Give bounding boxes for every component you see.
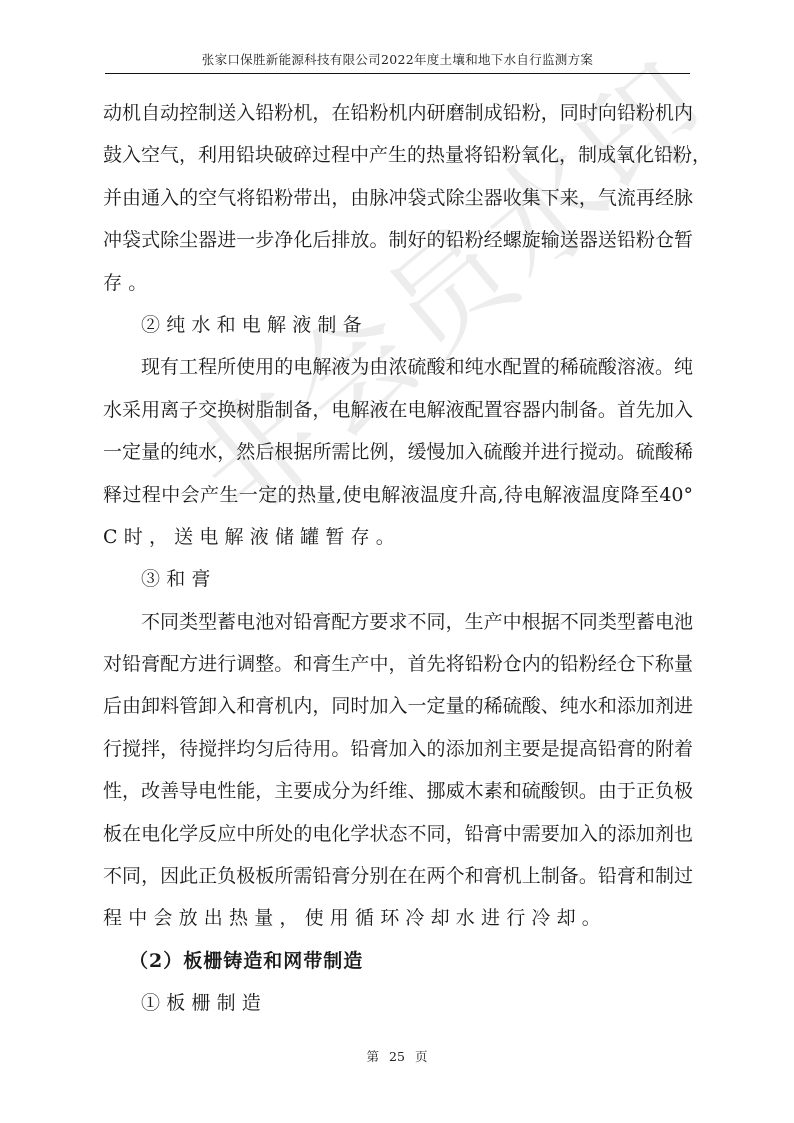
paragraph-lead-powder: 动机自动控制送入铅粉机，在铅粉机内研磨制成铅粉，同时向铅粉机内 鼓入空气，利用铅… [103,92,693,304]
text-line: 鼓入空气，利用铅块破碎过程中产生的热量将铅粉氧化，制成氧化铅粉， [103,134,693,176]
paragraph-paste-mixing: 不同类型蓄电池对铅膏配方要求不同，生产中根据不同类型蓄电池 对铅膏配方进行调整。… [103,601,693,940]
text-line: 不同，因此正负极板所需铅膏分别在在两个和膏机上制备。铅膏和制过 [103,855,693,897]
text-line: 水采用离子交换树脂制备，电解液在电解液配置容器内制备。首先加入 [103,389,693,431]
section-heading-grid-casting: （2）板栅铸造和网带制造 [103,940,693,982]
running-header: 张家口保胜新能源科技有限公司2022年度土壤和地下水自行监测方案 [105,50,690,68]
page-suffix: 页 [415,1049,428,1064]
header-divider [105,73,690,74]
text-line: 程中会放出热量，使用循环冷却水进行冷却。 [103,897,693,939]
document-body: 动机自动控制送入铅粉机，在铅粉机内研磨制成铅粉，同时向铅粉机内 鼓入空气，利用铅… [103,92,693,1025]
text-line: 后由卸料管卸入和膏机内，同时加入一定量的稀硫酸、纯水和添加剂进 [103,685,693,727]
text-line: 对铅膏配方进行调整。和膏生产中，首先将铅粉仓内的铅粉经仓下称量 [103,643,693,685]
text-line: C时，送电解液储罐暂存。 [103,516,693,558]
subheading-pure-water-electrolyte: ②纯水和电解液制备 [103,304,693,346]
text-line: 存。 [103,262,693,304]
text-line: 释过程中会产生一定的热量,使电解液温度升高,待电解液温度降至40° [103,474,693,516]
subheading-paste-mixing: ③和膏 [103,558,693,600]
paragraph-electrolyte: 现有工程所使用的电解液为由浓硫酸和纯水配置的稀硫酸溶液。纯 水采用离子交换树脂制… [103,346,693,558]
page-prefix: 第 [367,1049,380,1064]
subheading-grid-manufacturing: ①板栅制造 [103,982,693,1024]
text-line: 一定量的纯水，然后根据所需比例，缓慢加入硫酸并进行搅动。硫酸稀 [103,431,693,473]
text-line: 现有工程所使用的电解液为由浓硫酸和纯水配置的稀硫酸溶液。纯 [103,346,693,388]
text-line: 动机自动控制送入铅粉机，在铅粉机内研磨制成铅粉，同时向铅粉机内 [103,92,693,134]
page-number: 25 [389,1049,405,1064]
page-footer: 第 25 页 [0,1047,794,1065]
text-line: 冲袋式除尘器进一步净化后排放。制好的铅粉经螺旋输送器送铅粉仓暂 [103,219,693,261]
text-line: 行搅拌，待搅拌均匀后待用。铅膏加入的添加剂主要是提高铅膏的附着 [103,728,693,770]
text-line: 板在电化学反应中所处的电化学状态不同，铅膏中需要加入的添加剂也 [103,813,693,855]
text-line: 性，改善导电性能，主要成分为纤维、挪威木素和硫酸钡。由于正负极 [103,770,693,812]
text-line: 不同类型蓄电池对铅膏配方要求不同，生产中根据不同类型蓄电池 [103,601,693,643]
text-line: 并由通入的空气将铅粉带出，由脉冲袋式除尘器收集下来，气流再经脉 [103,177,693,219]
